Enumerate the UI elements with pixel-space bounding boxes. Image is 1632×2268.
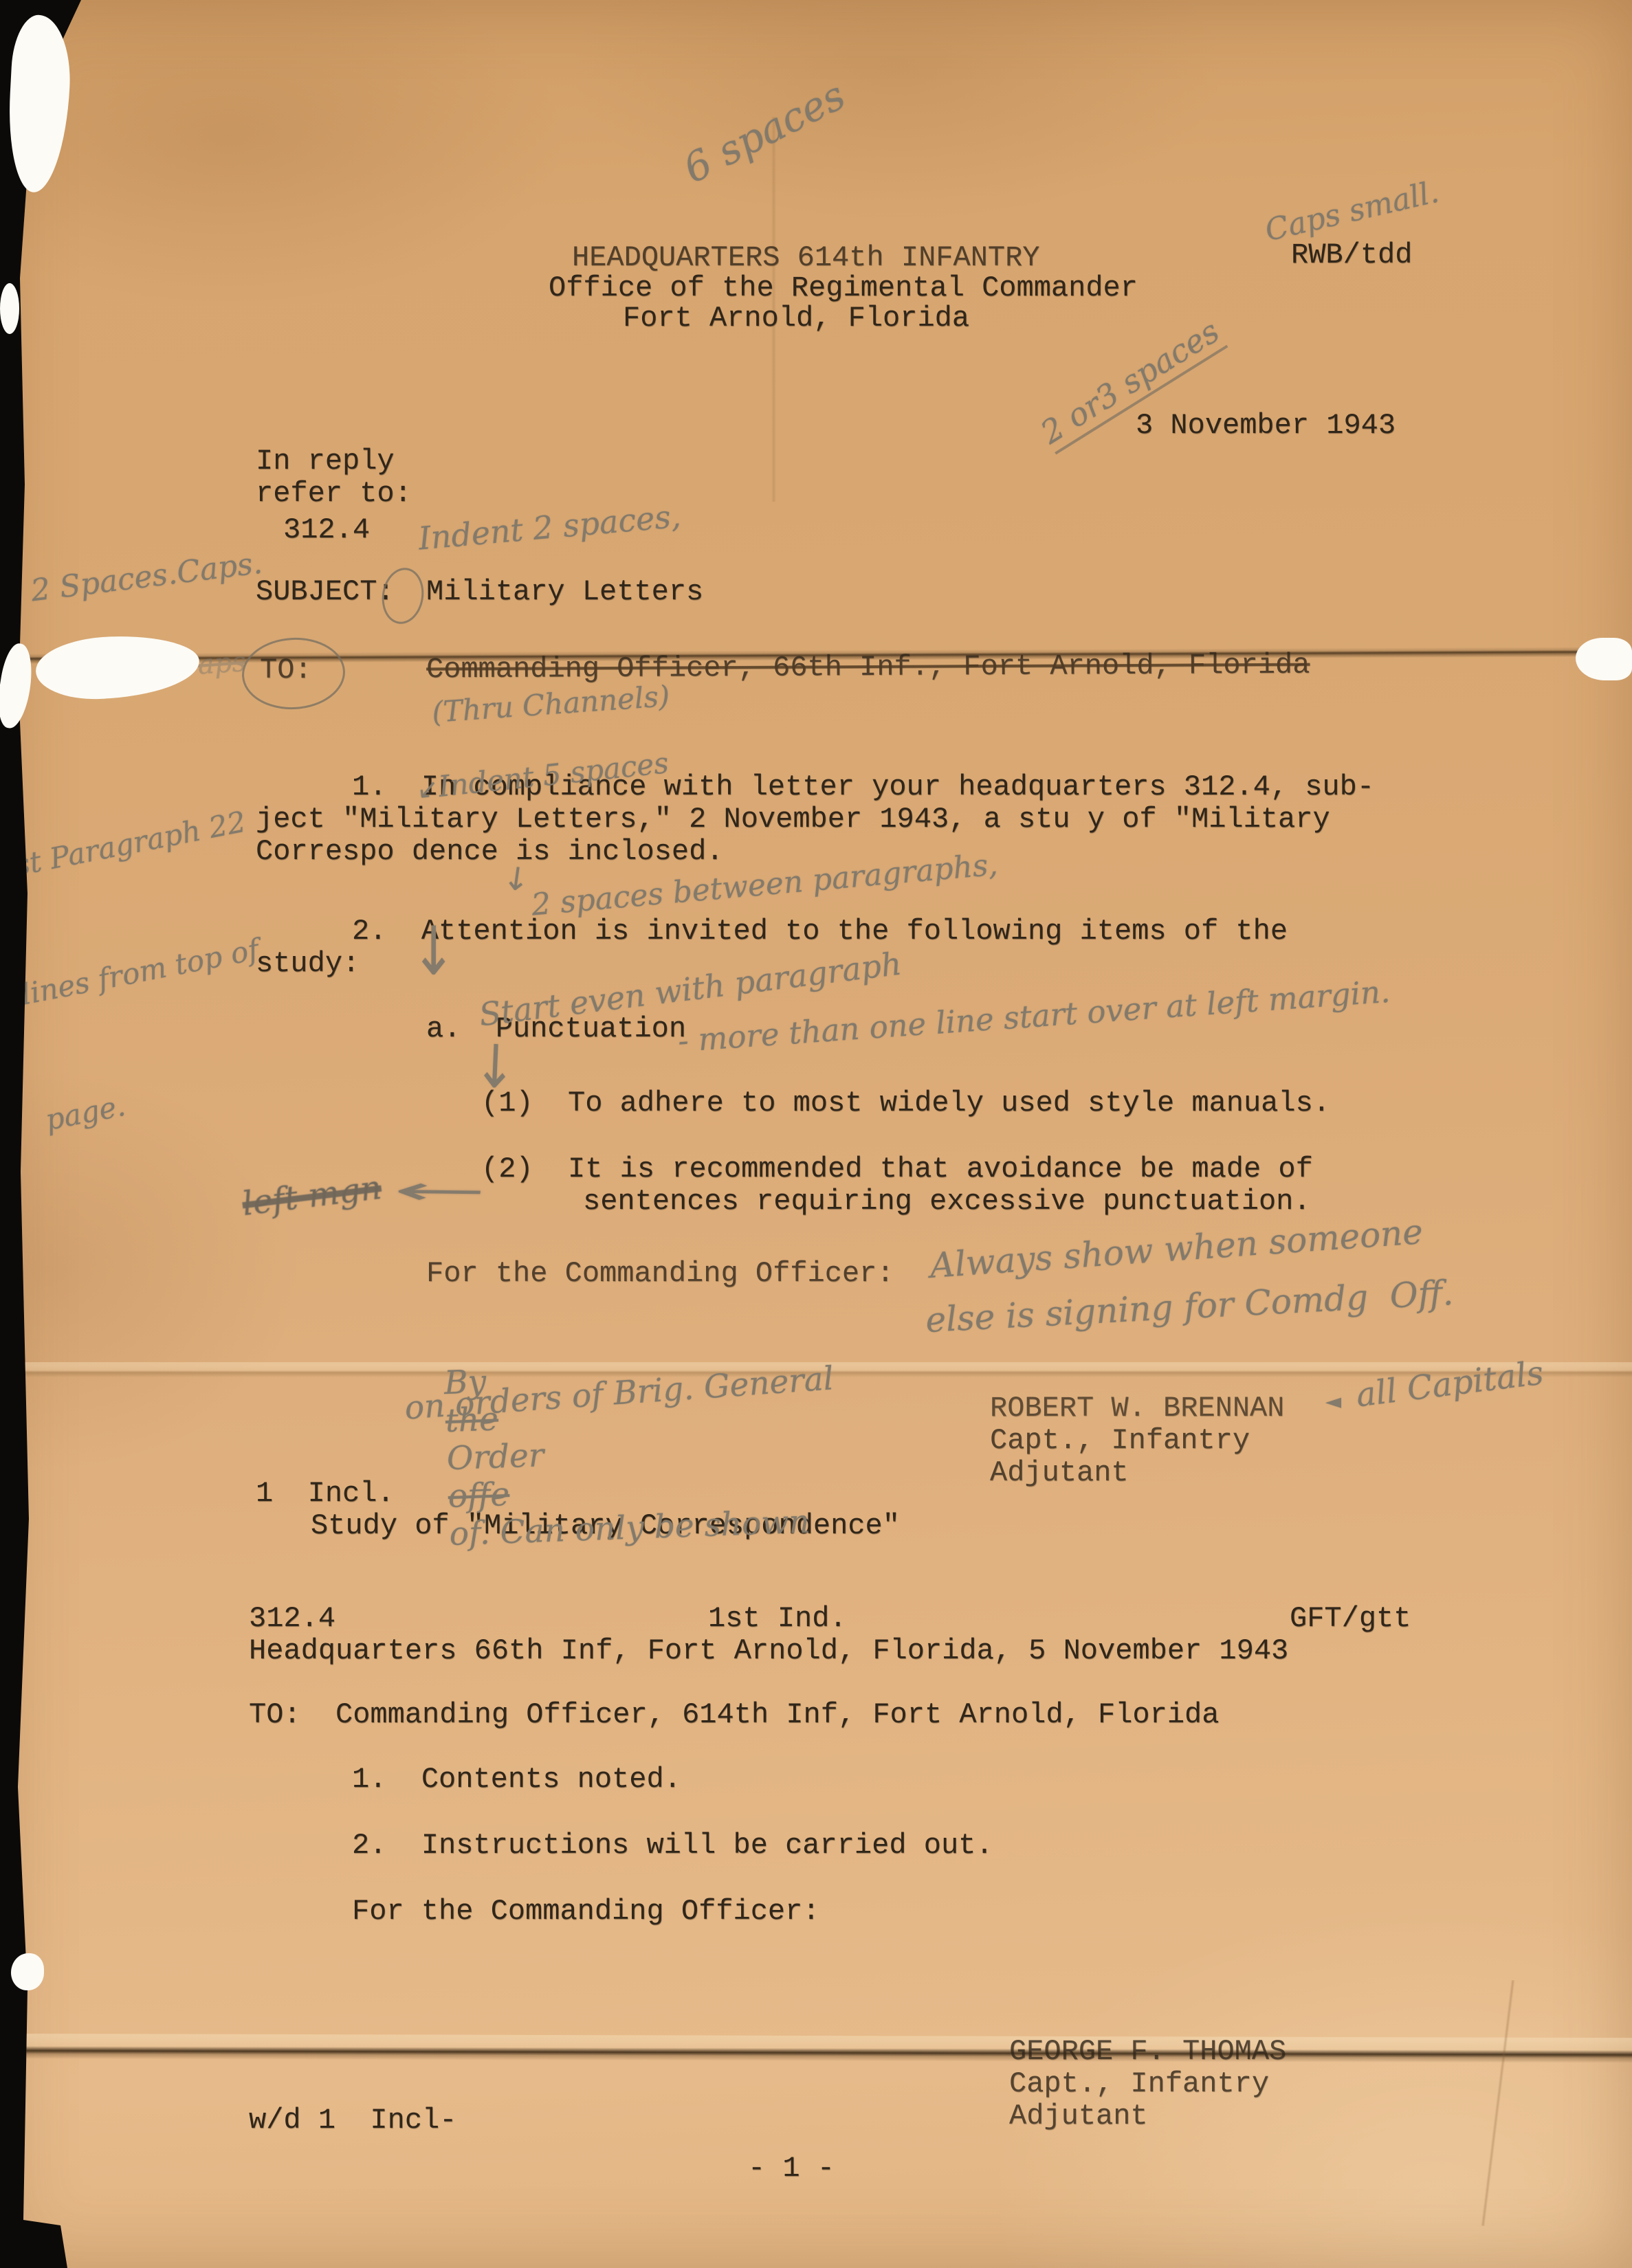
page-number: - 1 - <box>748 2153 835 2185</box>
torn-edge-left-small <box>0 283 19 334</box>
paragraph2-line1: 2. Attention is invited to the following… <box>352 915 1288 948</box>
item-1: (1) To adhere to most widely used style … <box>481 1087 1330 1120</box>
paragraph1-line3: Correspo dence is inclosed. <box>256 836 724 868</box>
typist-initials: RWB/tdd <box>1291 239 1412 271</box>
annotation-six-spaces: 6 spaces <box>676 71 852 192</box>
pencil-circle-subject-colon <box>378 565 428 627</box>
withdrawal-note: w/d 1 Incl- <box>249 2104 456 2137</box>
pencil-arrow-down-left-icon: ↙ <box>415 772 440 805</box>
annotation-first-paragraph: 1st Paragraph 22 lines from top of page. <box>0 717 314 1225</box>
annotation-2-spaces-caps: 2 Spaces.Caps. <box>29 546 264 609</box>
indorsement-ref: 312.4 <box>249 1603 335 1635</box>
signature1-title: Adjutant <box>990 1457 1129 1489</box>
annotation-by-order-line1: By the Order offe of. Can only be shown <box>401 1314 811 1592</box>
signature1-rank: Capt., Infantry <box>990 1425 1250 1457</box>
indorsement-title: 1st Ind. <box>708 1603 847 1635</box>
signature2-title: Adjutant <box>1009 2100 1148 2133</box>
vertical-crease-bottom-right <box>1481 1980 1515 2226</box>
fold-crease-bottom <box>0 2034 1632 2065</box>
signature2-rank: Capt., Infantry <box>1009 2068 1269 2100</box>
annotation-indent-2-spaces: Indent 2 spaces, <box>417 497 682 557</box>
letterhead-line2: Office of the Regimental Commander <box>549 272 1138 304</box>
pencil-arrow-down-small-icon: ↓ <box>500 859 532 900</box>
indorsement-closing: For the Commanding Officer: <box>352 1895 820 1928</box>
reply-ref-line2: refer to: <box>256 478 412 510</box>
letterhead-line1: HEADQUARTERS 614th INFANTRY <box>572 242 1040 274</box>
indorsement-origin: Headquarters 66th Inf, Fort Arnold, Flor… <box>249 1635 1288 1667</box>
indorsement-to: TO: Commanding Officer, 614th Inf, Fort … <box>249 1699 1219 1731</box>
pencil-arrow-down-icon: ↓ <box>411 913 456 991</box>
torn-edge-right <box>1576 638 1632 680</box>
item-2-line2: sentences requiring excessive punctuatio… <box>583 1186 1311 1218</box>
subject-value: Military Letters <box>426 576 703 608</box>
inclosure-line1: 1 Incl. <box>256 1478 395 1510</box>
closing-line: For the Commanding Officer: <box>426 1258 894 1290</box>
pencil-circle-to-label <box>240 635 346 712</box>
annotation-always-line2: else is signing for Comdg Off. <box>925 1273 1454 1340</box>
pencil-arrow-small-left-icon: ◄ <box>1325 1390 1341 1414</box>
subject-label: SUBJECT: <box>256 576 395 608</box>
pencil-arrow-down-icon-2: ↓ <box>473 1031 518 1102</box>
indorsement-item1: 1. Contents noted. <box>352 1764 681 1796</box>
to-value: Commanding Officer, 66th Inf., Fort Arno… <box>426 649 1310 687</box>
annotation-all-capitals: all Capitals <box>1354 1354 1546 1415</box>
letterhead-line3: Fort Arnold, Florida <box>623 302 969 335</box>
reply-ref-number: 312.4 <box>283 514 370 546</box>
annotation-always-line1: Always show when someone <box>929 1212 1424 1286</box>
signature2-name: GEORGE F. THOMAS <box>1009 2036 1286 2068</box>
signature1-name: ROBERT W. BRENNAN <box>990 1392 1284 1425</box>
paper-sheet: HEADQUARTERS 614th INFANTRY Office of th… <box>0 0 1632 2268</box>
pencil-arrow-long-left-icon: ← <box>391 1168 489 1214</box>
item-2-line1: (2) It is recommended that avoidance be … <box>481 1153 1313 1186</box>
indorsement-initials: GFT/gtt <box>1290 1603 1411 1635</box>
annotation-caps-small: Caps small. <box>1262 175 1442 249</box>
reply-ref-line1: In reply <box>256 445 395 478</box>
indorsement-item2: 2. Instructions will be carried out. <box>352 1830 993 1862</box>
scanned-letter-page: { "document": { "letterhead": { "l1": "H… <box>0 0 1632 2268</box>
torn-edge-left-lower <box>11 1953 44 1990</box>
date-line: 3 November 1943 <box>1136 410 1396 442</box>
